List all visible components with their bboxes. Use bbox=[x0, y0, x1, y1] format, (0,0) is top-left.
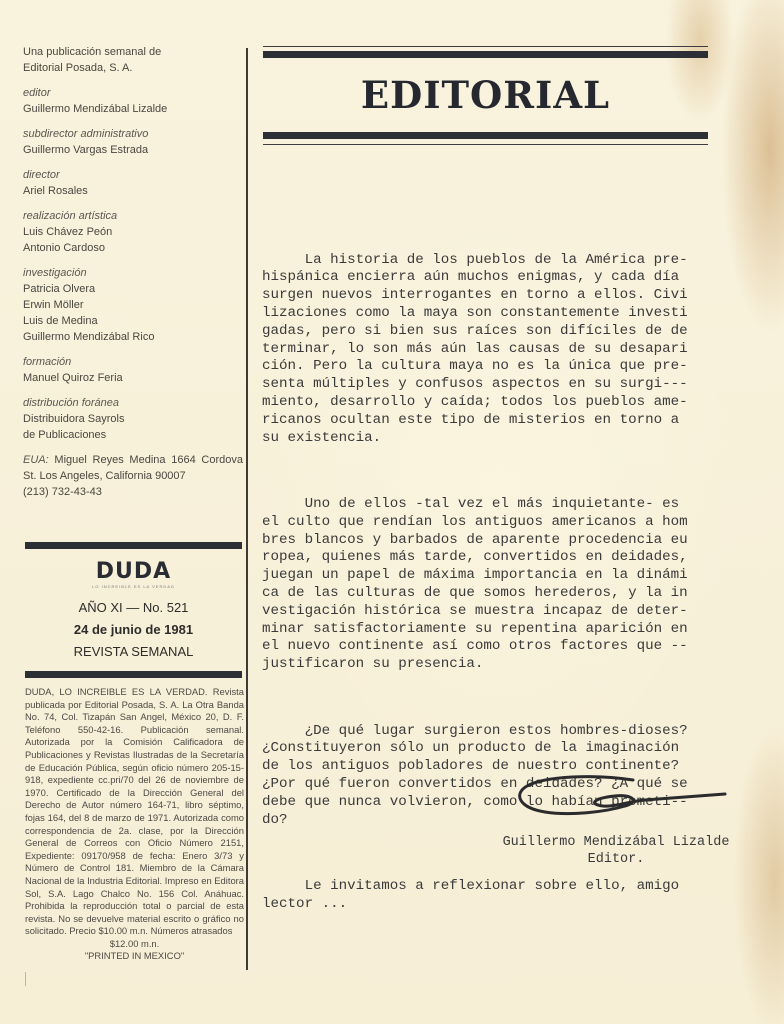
credit-role: realización artística bbox=[23, 208, 243, 224]
issue-number: AÑO XI — No. 521 bbox=[25, 597, 242, 619]
credit-name: Antonio Cardoso bbox=[23, 240, 243, 256]
credit-name: Guillermo Mendizábal Rico bbox=[23, 329, 243, 345]
masthead-bottom-rule bbox=[25, 671, 242, 678]
editorial-title: EDITORIAL bbox=[263, 58, 708, 132]
credit-name: Ariel Rosales bbox=[23, 183, 243, 199]
column-divider bbox=[246, 48, 248, 970]
credit-role: subdirector administrativo bbox=[23, 126, 243, 142]
usa-label: EUA: bbox=[23, 454, 49, 466]
publication-type: REVISTA SEMANAL bbox=[25, 641, 242, 663]
credit-group: formaciónManuel Quiroz Feria bbox=[23, 354, 243, 386]
masthead: DUDA LO INCREIBLE ES LA VERDAD AÑO XI — … bbox=[25, 542, 242, 678]
credit-group: subdirector administrativoGuillermo Varg… bbox=[23, 126, 243, 158]
header-thin-rule-top bbox=[263, 46, 708, 47]
editorial-paragraph: Uno de ellos -tal vez el más inquietante… bbox=[262, 496, 742, 674]
usa-address-block: EUA: Miguel Reyes Medina 1664 Cordova St… bbox=[23, 452, 243, 500]
credit-group: distribución foráneaDistribuidora Sayrol… bbox=[23, 395, 243, 443]
credit-name: Guillermo Vargas Estrada bbox=[23, 142, 243, 158]
editorial-header: EDITORIAL bbox=[263, 46, 708, 145]
credit-group: investigaciónPatricia OlveraErwin Möller… bbox=[23, 265, 243, 345]
credit-role: formación bbox=[23, 354, 243, 370]
credits-column: Una publicación semanal de Editorial Pos… bbox=[23, 44, 243, 500]
credit-name: Patricia Olvera bbox=[23, 281, 243, 297]
credit-name: Distribuidora Sayrols bbox=[23, 411, 243, 427]
issue-info: AÑO XI — No. 521 24 de junio de 1981 REV… bbox=[25, 597, 242, 663]
legal-notice: DUDA, LO INCREIBLE ES LA VERDAD. Revista… bbox=[25, 686, 244, 963]
signer-title: Editor. bbox=[482, 851, 750, 868]
header-thin-rule-bottom bbox=[263, 144, 708, 145]
signature-block: Guillermo Mendizábal Lizalde Editor. bbox=[482, 834, 750, 868]
credit-name: Guillermo Mendizábal Lizalde bbox=[23, 101, 243, 117]
editorial-paragraph: La historia de los pueblos de la América… bbox=[262, 252, 742, 448]
legal-text: DUDA, LO INCREIBLE ES LA VERDAD. Revista… bbox=[25, 686, 244, 936]
header-thick-rule-top bbox=[263, 51, 708, 58]
credit-role: distribución foránea bbox=[23, 395, 243, 411]
signature-icon bbox=[515, 772, 730, 822]
back-issue-price: $12.00 m.n. bbox=[25, 938, 244, 951]
margin-mark bbox=[25, 972, 26, 986]
printed-in: "PRINTED IN MEXICO" bbox=[25, 950, 244, 963]
credit-name: Luis Chávez Peón bbox=[23, 224, 243, 240]
publisher-name: Editorial Posada, S. A. bbox=[23, 60, 243, 76]
credit-group: realización artísticaLuis Chávez PeónAnt… bbox=[23, 208, 243, 256]
duda-logo: DUDA bbox=[25, 561, 242, 583]
editorial-paragraph: Le invitamos a reflexionar sobre ello, a… bbox=[262, 878, 742, 914]
credit-role: investigación bbox=[23, 265, 243, 281]
publisher-info: Una publicación semanal de Editorial Pos… bbox=[23, 44, 243, 76]
credit-name: Erwin Möller bbox=[23, 297, 243, 313]
usa-phone: (213) 732-43-43 bbox=[23, 484, 243, 500]
publisher-line: Una publicación semanal de bbox=[23, 44, 243, 60]
credit-group: editorGuillermo Mendizábal Lizalde bbox=[23, 85, 243, 117]
credit-name: de Publicaciones bbox=[23, 427, 243, 443]
credit-name: Manuel Quiroz Feria bbox=[23, 370, 243, 386]
credit-name: Luis de Medina bbox=[23, 313, 243, 329]
credit-groups: editorGuillermo Mendizábal Lizaldesubdir… bbox=[23, 85, 243, 443]
credit-role: editor bbox=[23, 85, 243, 101]
header-thick-rule-bottom bbox=[263, 132, 708, 139]
signer-name: Guillermo Mendizábal Lizalde bbox=[482, 834, 750, 851]
issue-date: 24 de junio de 1981 bbox=[25, 619, 242, 641]
credit-group: directorAriel Rosales bbox=[23, 167, 243, 199]
credit-role: director bbox=[23, 167, 243, 183]
masthead-top-rule bbox=[25, 542, 242, 549]
duda-tagline: LO INCREIBLE ES LA VERDAD bbox=[25, 583, 242, 591]
usa-address: Miguel Reyes Medina 1664 Cordova St. Los… bbox=[23, 454, 243, 482]
